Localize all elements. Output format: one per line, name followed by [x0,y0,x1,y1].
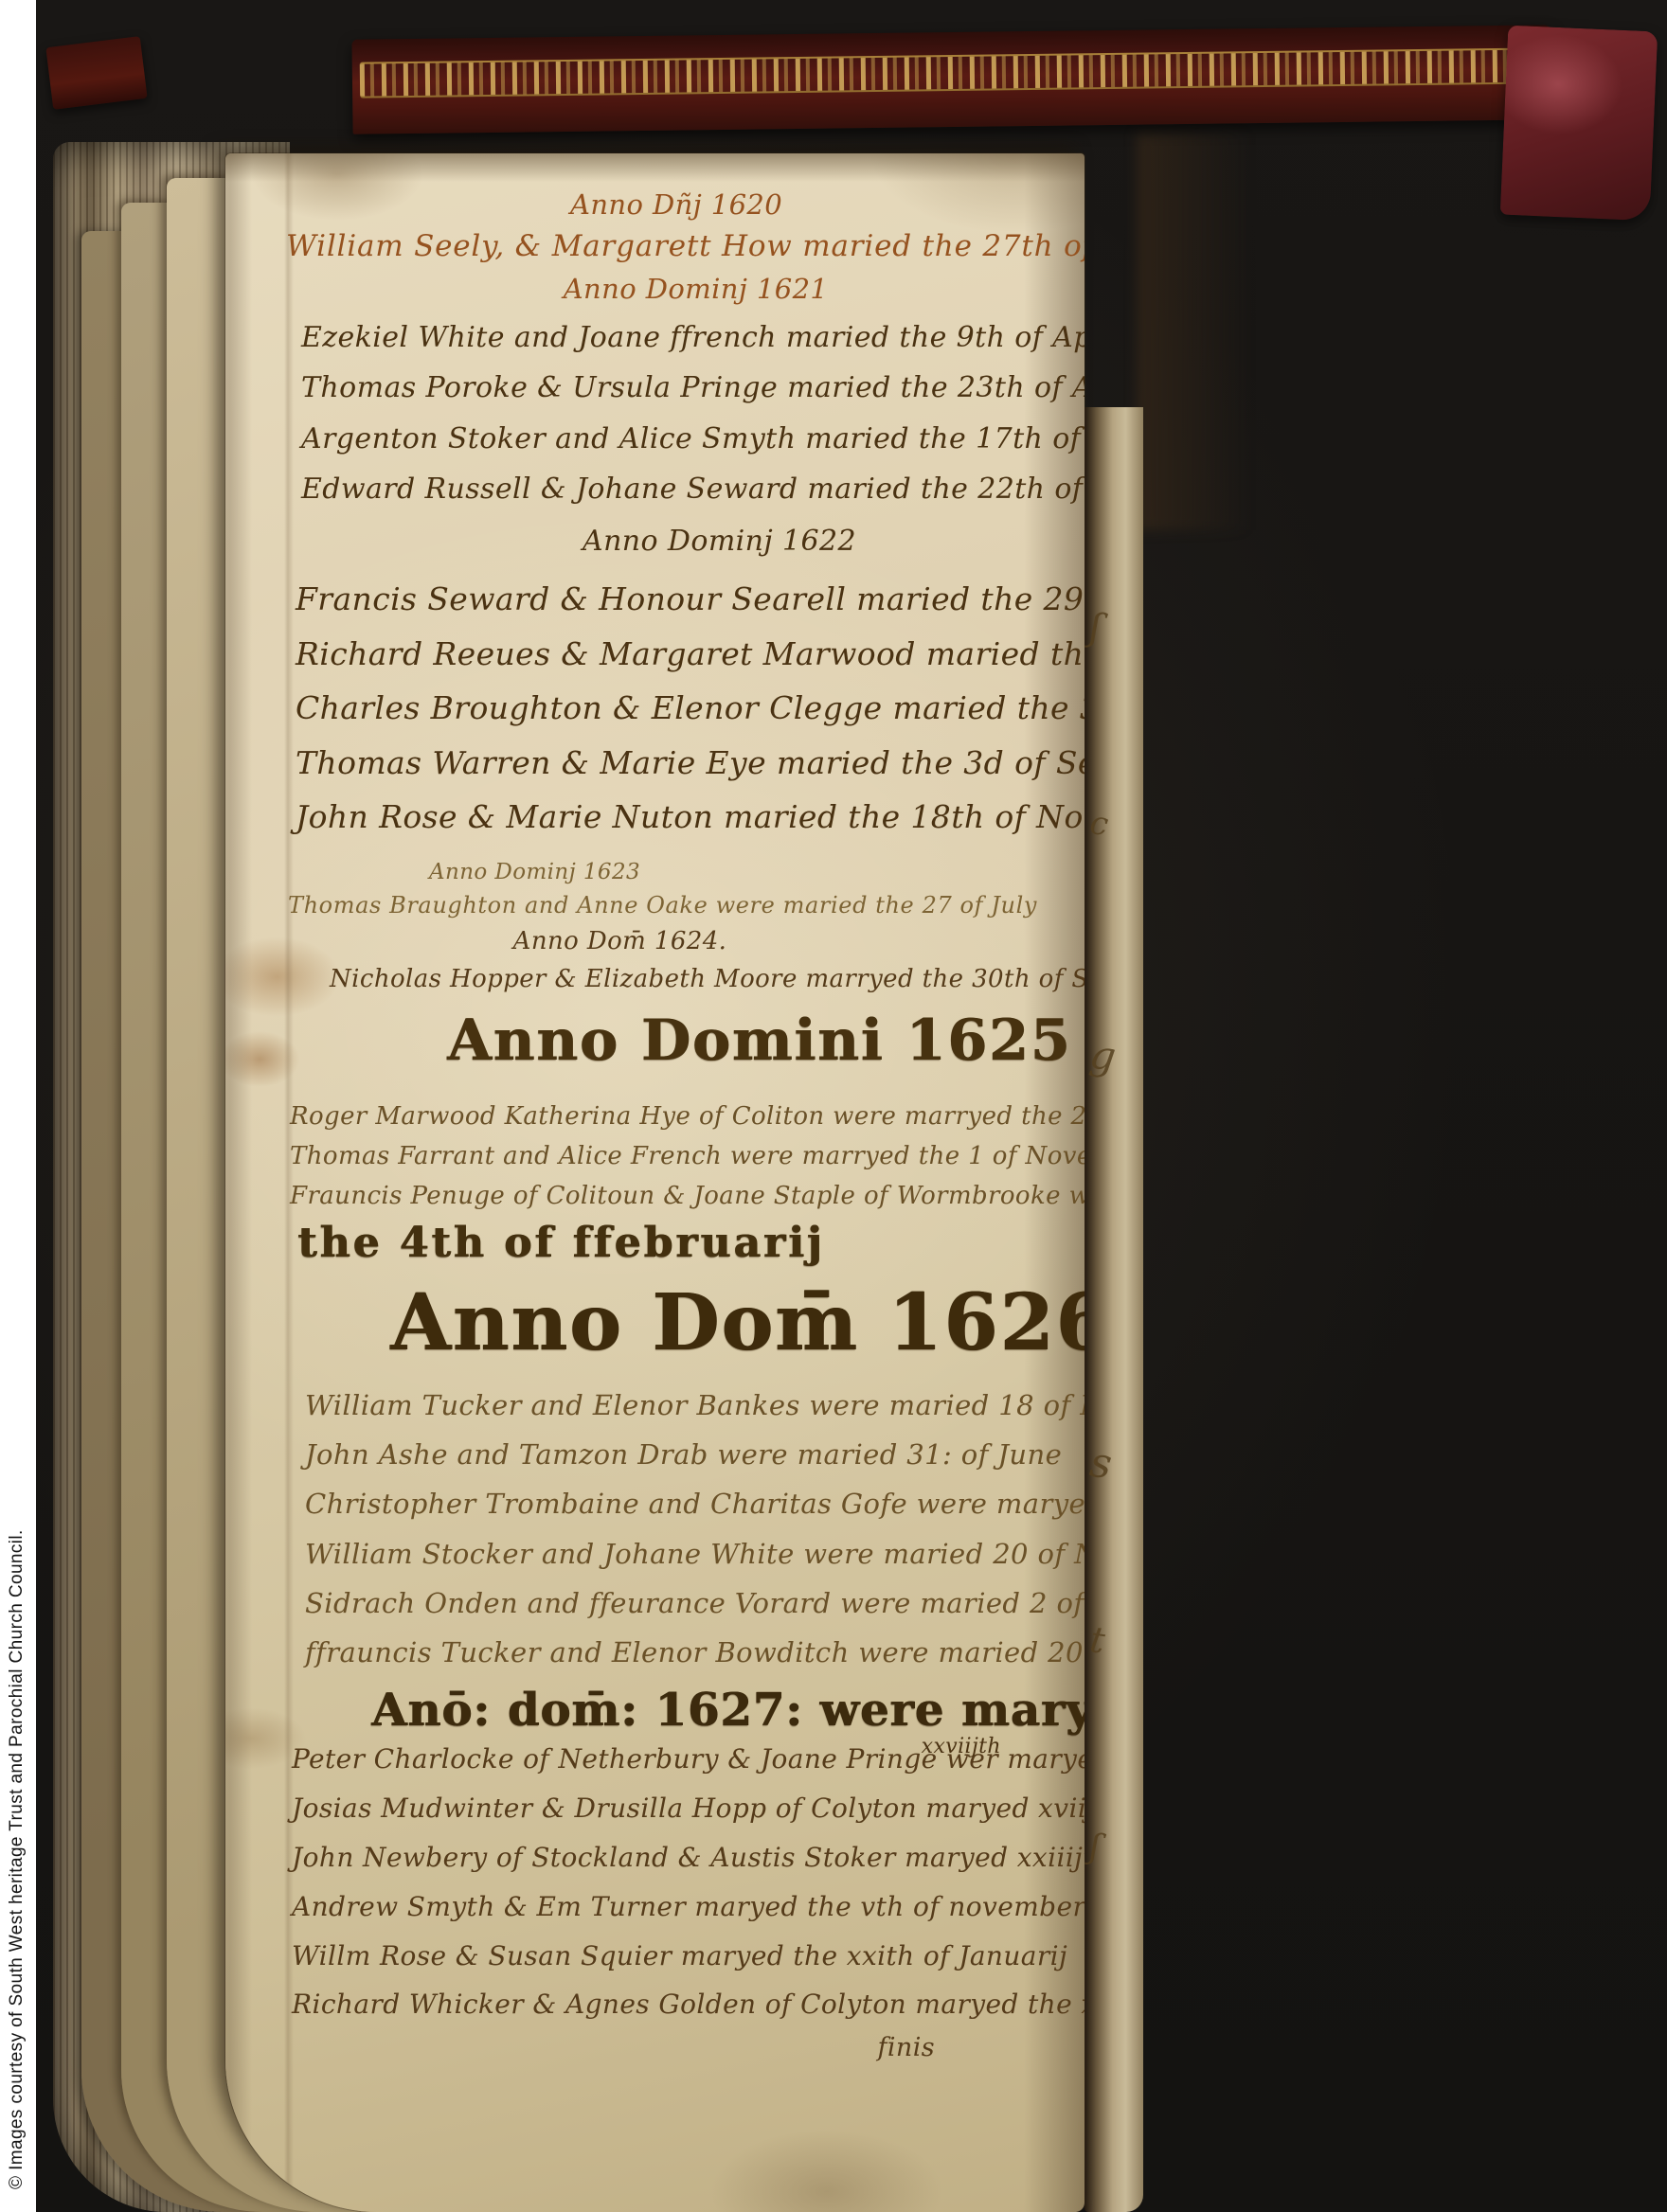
facing-page-sliver: ʃcgstʃ [1084,407,1143,2212]
register-line: Thomas Farrant and Alice French were mar… [290,1136,1067,1176]
register-line: Anno Dominj 1621 [286,269,1067,309]
facing-page-ink-mark: ʃ [1087,605,1103,650]
register-line: John Ashe and Tamzon Drab were maried 31… [305,1430,1067,1479]
register-line: Argenton Stoker and Alice Smyth maried t… [301,414,1067,464]
copyright-text: © Images courtesy of South West heritage… [7,674,27,2189]
register-line: Thomas Braughton and Anne Oake were mari… [288,888,1067,923]
register-line: Sidrach Onden and ffeurance Vorard were … [305,1579,1067,1628]
register-line: Francis Seward & Honour Searell maried t… [296,572,1067,626]
register-line: Josias Mudwinter & Drusilla Hopp of Coly… [292,1784,1067,1833]
photo-of-parish-register: © Images courtesy of South West heritage… [0,0,1667,2212]
register-line: ffrauncis Tucker and Elenor Bowditch wer… [305,1628,1067,1677]
facing-page-ink-mark: s [1087,1438,1115,1490]
register-line: Anno Dom̄ 1626: [286,1275,1067,1372]
register-line: Anō: dom̄: 1627: were maryed theise viz [286,1679,1067,1742]
copyright-strip: © Images courtesy of South West heritage… [0,0,36,2212]
register-line: Ezekiel White and Joane ffrench maried t… [301,312,1067,363]
register-line: John Rose & Marie Nuton maried the 18th … [296,790,1067,844]
register-line: Frauncis Penuge of Colitoun & Joane Stap… [290,1176,1067,1216]
register-lines: Anno Dñj 1620William Seely, & Margarett … [286,187,1067,2068]
register-line: Edward Russell & Johane Seward maried th… [301,464,1067,514]
facing-page-ink-mark: c [1087,804,1110,844]
spine-shadow [1137,133,1279,530]
register-line: Charles Broughton & Elenor Clegge maried… [296,681,1067,735]
register-line: Anno Dom̄ 1624. [286,923,1067,960]
register-line: Willm Rose & Susan Squier maryed the xxi… [292,1932,1067,1981]
register-line: xxviijth [286,1737,1067,1757]
register-line: Christopher Trombaine and Charitas Gofe … [305,1479,1067,1528]
register-line: the 4th of ffebruarij [297,1216,1067,1270]
facing-page-ink-mark: ʃ [1087,1828,1102,1867]
register-line: Anno Dñj 1620 [286,187,1067,223]
register-line: Nicholas Hopper & Elizabeth Moore marrye… [330,960,1067,998]
velvet-cloth-corner [1500,26,1658,222]
register-line: Anno Dominj 1622 [286,520,1067,562]
register-line: Richard Reeues & Margaret Marwood maried… [296,627,1067,681]
register-line: William Tucker and Elenor Bankes were ma… [305,1381,1067,1430]
register-line: William Stocker and Johane White were ma… [305,1529,1067,1579]
register-line: Thomas Poroke & Ursula Pringe maried the… [301,363,1067,413]
register-line: Anno Dominj 1623 [286,857,1067,887]
register-line: Anno Domini 1625 [286,1004,1067,1078]
facing-page-ink-mark: t [1087,1618,1107,1662]
register-line: John Newbery of Stockland & Austis Stoke… [292,1833,1067,1882]
binding-corner-left [45,36,147,110]
manuscript-page: Anno Dñj 1620William Seely, & Margarett … [225,153,1084,2212]
register-line: finis [286,2029,1067,2068]
register-line: Richard Whicker & Agnes Golden of Colyto… [292,1980,1067,2029]
register-line: Roger Marwood Katherina Hye of Coliton w… [290,1097,1067,1136]
register-line: Thomas Warren & Marie Eye maried the 3d … [296,736,1067,790]
facing-page-ink-mark: g [1087,1030,1119,1079]
binding-top-leather [351,25,1553,134]
register-line: William Seely, & Margarett How maried th… [286,223,1067,269]
gold-tooling-band [360,47,1544,98]
register-line: Andrew Smyth & Em Turner maryed the vth … [292,1882,1067,1932]
